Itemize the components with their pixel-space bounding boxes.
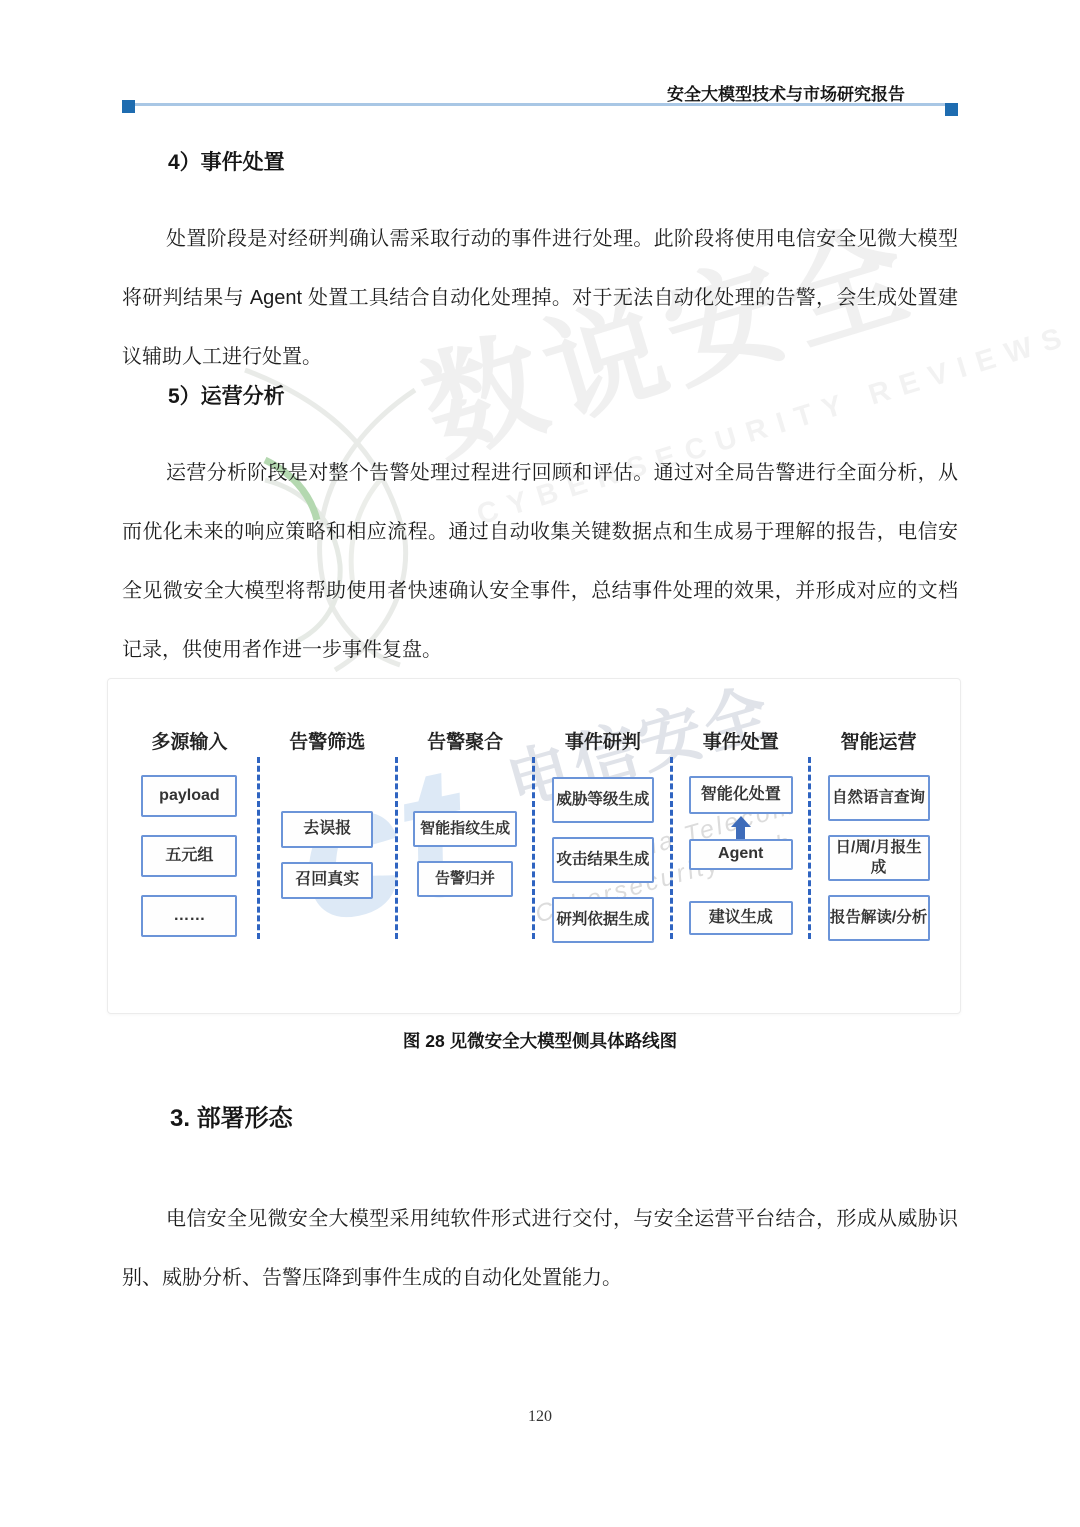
flow-box-alert-merge: 告警归并 bbox=[417, 861, 513, 897]
document-page: 数说安全 CYBERSECURITY REVIEWS 安全大模型技术与市场研究报… bbox=[0, 0, 1080, 1527]
figure-columns-row: 多源输入 payload 五元组 …… 告警筛选 去误报 召回真实 告警聚合 bbox=[108, 679, 960, 993]
flow-box-report-interpretation: 报告解读/分析 bbox=[828, 895, 930, 941]
column-header: 多源输入 bbox=[151, 727, 227, 754]
flow-box-natural-language-query: 自然语言查询 bbox=[828, 775, 930, 821]
column-boxes: 去误报 召回真实 bbox=[281, 775, 373, 993]
page-number: 120 bbox=[0, 1408, 1080, 1426]
column-boxes: 威胁等级生成 攻击结果生成 研判依据生成 bbox=[552, 775, 654, 959]
flow-box-threat-level: 威胁等级生成 bbox=[552, 777, 654, 823]
figure-column-incident-disposal: 事件处置 智能化处置 Agent 建议生成 bbox=[673, 727, 808, 958]
figure-column-alert-aggregation: 告警聚合 智能指纹生成 告警归并 bbox=[398, 727, 533, 993]
header-rule-left-square bbox=[122, 100, 135, 113]
flow-box-five-tuple: 五元组 bbox=[141, 835, 237, 877]
figure-caption: 图 28 见微安全大模型侧具体路线图 bbox=[0, 1028, 1080, 1053]
column-boxes: 自然语言查询 日/周/月报生成 报告解读/分析 bbox=[828, 775, 930, 957]
flow-box-judgement-basis: 研判依据生成 bbox=[552, 897, 654, 943]
flow-box-ellipsis: …… bbox=[141, 895, 237, 937]
column-header: 事件处置 bbox=[703, 727, 779, 754]
up-arrow-icon bbox=[731, 814, 751, 839]
flow-box-recall-true: 召回真实 bbox=[281, 862, 373, 899]
figure-column-multi-source-input: 多源输入 payload 五元组 …… bbox=[122, 727, 257, 957]
column-boxes: 智能指纹生成 告警归并 bbox=[413, 775, 517, 993]
paragraph-incident-handling: 处置阶段是对经研判确认需采取行动的事件进行处理。此阶段将使用电信安全见微大模型将… bbox=[122, 210, 958, 387]
column-boxes: 智能化处置 Agent 建议生成 bbox=[689, 775, 793, 958]
column-header: 事件研判 bbox=[565, 727, 641, 754]
column-header: 告警筛选 bbox=[289, 727, 365, 754]
figure-column-incident-judgement: 事件研判 威胁等级生成 攻击结果生成 研判依据生成 bbox=[535, 727, 670, 959]
flow-box-payload: payload bbox=[141, 775, 237, 817]
flow-box-remove-false-positive: 去误报 bbox=[281, 811, 373, 848]
column-header: 告警聚合 bbox=[427, 727, 503, 754]
column-header: 智能运营 bbox=[841, 727, 917, 754]
header-rule bbox=[128, 103, 952, 106]
column-boxes: payload 五元组 …… bbox=[141, 775, 237, 957]
flow-box-suggestion-generation: 建议生成 bbox=[689, 901, 793, 935]
figure-column-intelligent-operation: 智能运营 自然语言查询 日/周/月报生成 报告解读/分析 bbox=[811, 727, 946, 957]
figure-column-alert-filtering: 告警筛选 去误报 召回真实 bbox=[260, 727, 395, 993]
report-title-header: 安全大模型技术与市场研究报告 bbox=[667, 80, 905, 105]
flow-box-agent: Agent bbox=[689, 839, 793, 870]
paragraph-deployment-form: 电信安全见微安全大模型采用纯软件形式进行交付，与安全运营平台结合，形成从威胁识别… bbox=[122, 1190, 958, 1308]
flow-box-attack-result: 攻击结果生成 bbox=[552, 837, 654, 883]
flow-box-intelligent-disposal: 智能化处置 bbox=[689, 776, 793, 814]
heading-deployment-form: 3. 部署形态 bbox=[170, 1098, 293, 1133]
flow-box-smart-fingerprint: 智能指纹生成 bbox=[413, 811, 517, 847]
figure-roadmap-diagram: ct 电信安全 China Telecom Cybersecurity Tech… bbox=[107, 678, 961, 1014]
header-rule-right-square bbox=[945, 103, 958, 116]
heading-incident-handling: 4）事件处置 bbox=[168, 146, 285, 176]
flow-box-report-generation: 日/周/月报生成 bbox=[828, 835, 930, 881]
paragraph-operation-analysis: 运营分析阶段是对整个告警处理过程进行回顾和评估。通过对全局告警进行全面分析，从而… bbox=[122, 444, 958, 680]
heading-operation-analysis: 5）运营分析 bbox=[168, 380, 285, 410]
